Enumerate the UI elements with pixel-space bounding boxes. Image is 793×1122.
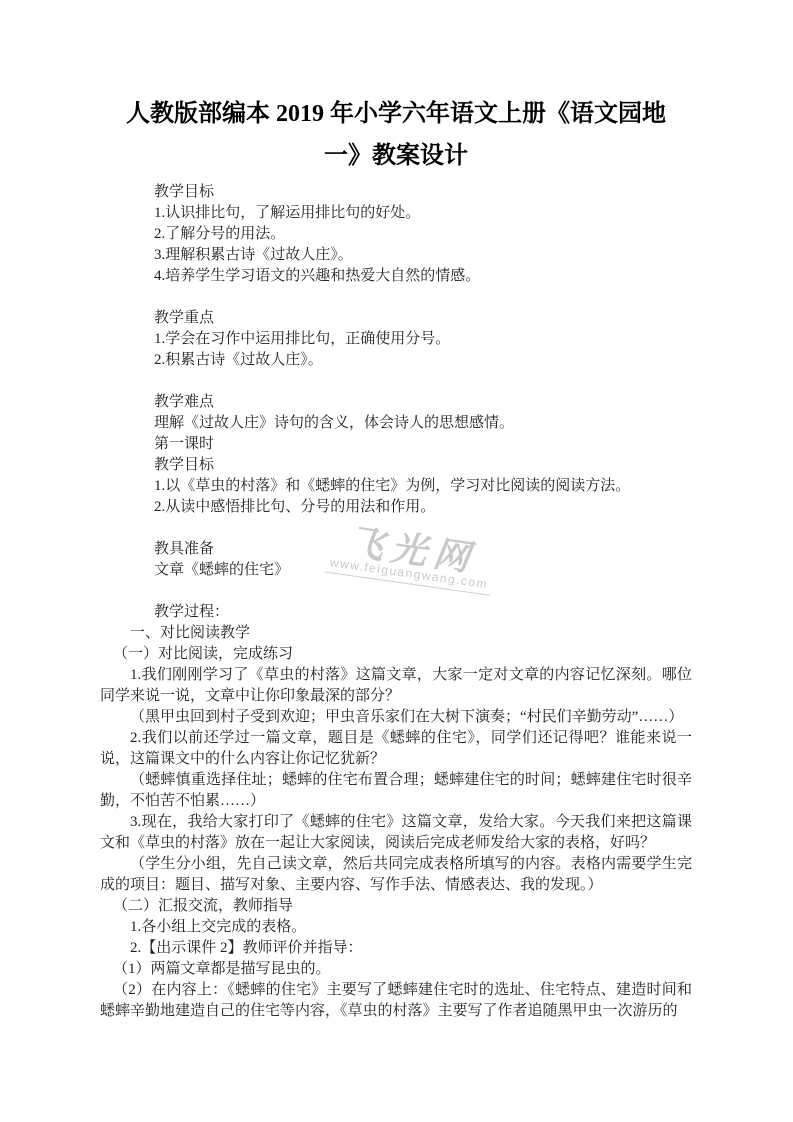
paragraph: 文章《蟋蟀的住宅》 [100, 560, 692, 581]
blank-line [100, 371, 692, 392]
blank-line [100, 518, 692, 539]
paragraph: 2.从读中感悟排比句、分号的用法和作用。 [100, 497, 692, 518]
paragraph: 1.认识排比句，了解运用排比句的好处。 [100, 203, 692, 224]
blank-line [100, 581, 692, 602]
paragraph: 1.学会在习作中运用排比句，正确使用分号。 [100, 329, 692, 350]
paragraph: （二）汇报交流，教师指导 [100, 896, 692, 917]
document-body: 教学目标1.认识排比句，了解运用排比句的好处。2.了解分号的用法。3.理解积累古… [100, 182, 692, 1022]
paragraph: 教学目标 [100, 182, 692, 203]
paragraph: （蟋蟀慎重选择住址；蟋蟀的住宅布置合理；蟋蟀建住宅的时间；蟋蟀建住宅时很辛勤，不… [100, 770, 692, 812]
paragraph: （一）对比阅读，完成练习 [100, 644, 692, 665]
document-page: 人教版部编本 2019 年小学六年语文上册《语文园地一》教案设计 飞光网 www… [0, 0, 793, 1122]
paragraph: 教具准备 [100, 539, 692, 560]
paragraph: 教学重点 [100, 308, 692, 329]
paragraph: 教学难点 [100, 392, 692, 413]
paragraph: 教学过程： [100, 602, 692, 623]
blank-line [100, 287, 692, 308]
paragraph: 2.了解分号的用法。 [100, 224, 692, 245]
paragraph: 4.培养学生学习语文的兴趣和热爱大自然的情感。 [100, 266, 692, 287]
paragraph: 1.我们刚刚学习了《草虫的村落》这篇文章，大家一定对文章的内容记忆深刻。哪位同学… [100, 665, 692, 707]
paragraph: （黑甲虫回到村子受到欢迎；甲虫音乐家们在大树下演奏；“村民们辛勤劳动”……） [100, 707, 692, 728]
paragraph: 2.我们以前还学过一篇文章，题目是《蟋蟀的住宅》，同学们还记得吧？谁能来说一说，… [100, 728, 692, 770]
paragraph: 2.积累古诗《过故人庄》。 [100, 350, 692, 371]
paragraph: （学生分小组，先自己读文章，然后共同完成表格所填写的内容。表格内需要学生完成的项… [100, 854, 692, 896]
document-title: 人教版部编本 2019 年小学六年语文上册《语文园地一》教案设计 [116, 93, 676, 177]
paragraph: （2）在内容上：《蟋蟀的住宅》主要写了蟋蟀建住宅时的选址、住宅特点、建造时间和蟋… [100, 980, 692, 1022]
paragraph: 教学目标 [100, 455, 692, 476]
paragraph: 理解《过故人庄》诗句的含义，体会诗人的思想感情。 [100, 413, 692, 434]
paragraph: 3.现在，我给大家打印了《蟋蟀的住宅》这篇文章，发给大家。今天我们来把这篇课文和… [100, 812, 692, 854]
paragraph: 1.以《草虫的村落》和《蟋蟀的住宅》为例，学习对比阅读的阅读方法。 [100, 476, 692, 497]
paragraph: 3.理解积累古诗《过故人庄》。 [100, 245, 692, 266]
paragraph: 第一课时 [100, 434, 692, 455]
paragraph: （1）两篇文章都是描写昆虫的。 [100, 959, 692, 980]
paragraph: 2.【出示课件 2】教师评价并指导： [100, 938, 692, 959]
paragraph: 1.各小组上交完成的表格。 [100, 917, 692, 938]
paragraph: 一、对比阅读教学 [100, 623, 692, 644]
